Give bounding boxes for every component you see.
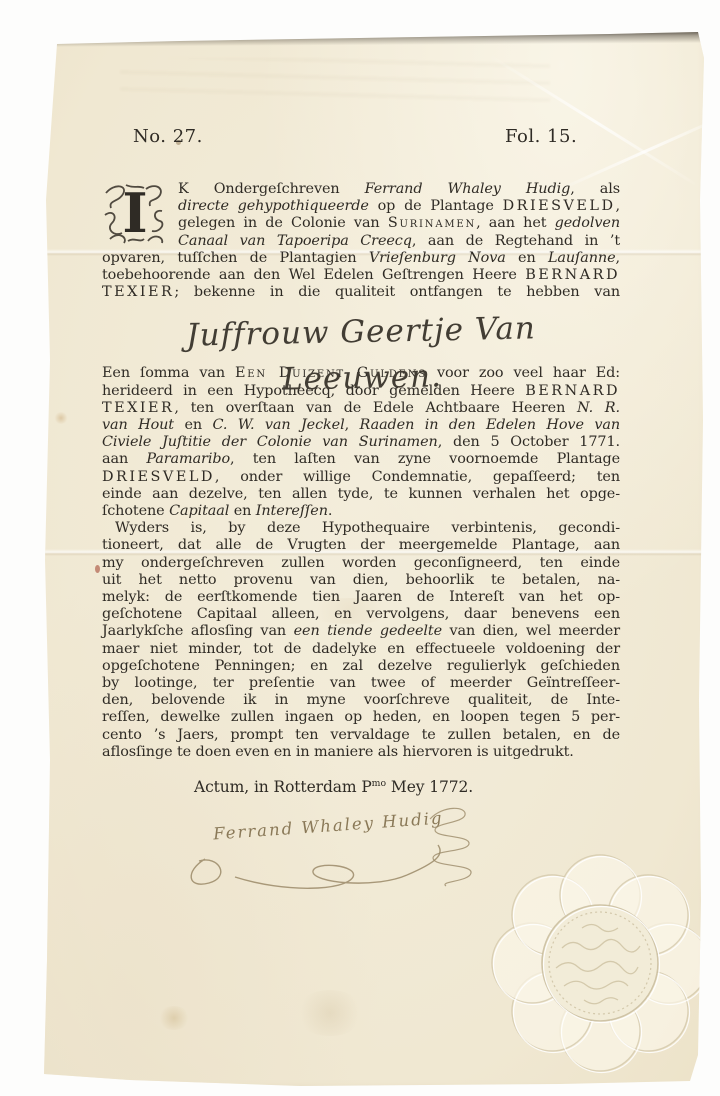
- drop-cap-initial: I: [102, 181, 168, 245]
- scanned-document: No. 27. Fol. 15.: [0, 0, 720, 1096]
- paper-top-edge-shadow: [54, 28, 704, 47]
- verso-show-through: [120, 58, 550, 104]
- folio-number: Fol. 15.: [505, 126, 577, 147]
- corner-crease: [488, 54, 702, 189]
- paragraph-conditions: Wyders is, by deze Hypothequaire verbint…: [102, 520, 620, 761]
- calligraphic-payee-name: Juffrouw Geertje Van Leeuwen.: [102, 304, 621, 361]
- stain-mark: [95, 565, 100, 573]
- document-body-text: I K Ondergeſchreven Ferrand Whaley Hudig…: [102, 181, 620, 796]
- signature-text: Ferrand Whaley Hudig: [212, 808, 445, 843]
- stain-mark: [295, 990, 365, 1036]
- paragraph-opening-lines: K Ondergeſchreven Ferrand Whaley Hudig, …: [102, 181, 620, 301]
- stain-mark: [54, 412, 68, 424]
- signature-flourish: [191, 845, 440, 888]
- embossed-seal-icon: [482, 852, 718, 1078]
- signature-block: Ferrand Whaley Hudig: [175, 797, 505, 897]
- actum-dateline: Actum, in Rotterdam Pmo Mey 1772.: [102, 775, 620, 796]
- paragraph-opening: I K Ondergeſchreven Ferrand Whaley Hudig…: [102, 181, 620, 301]
- drop-cap-letter: I: [122, 181, 147, 245]
- document-paper: No. 27. Fol. 15.: [0, 0, 720, 1096]
- stain-mark: [158, 1006, 190, 1030]
- document-number: No. 27.: [133, 126, 203, 147]
